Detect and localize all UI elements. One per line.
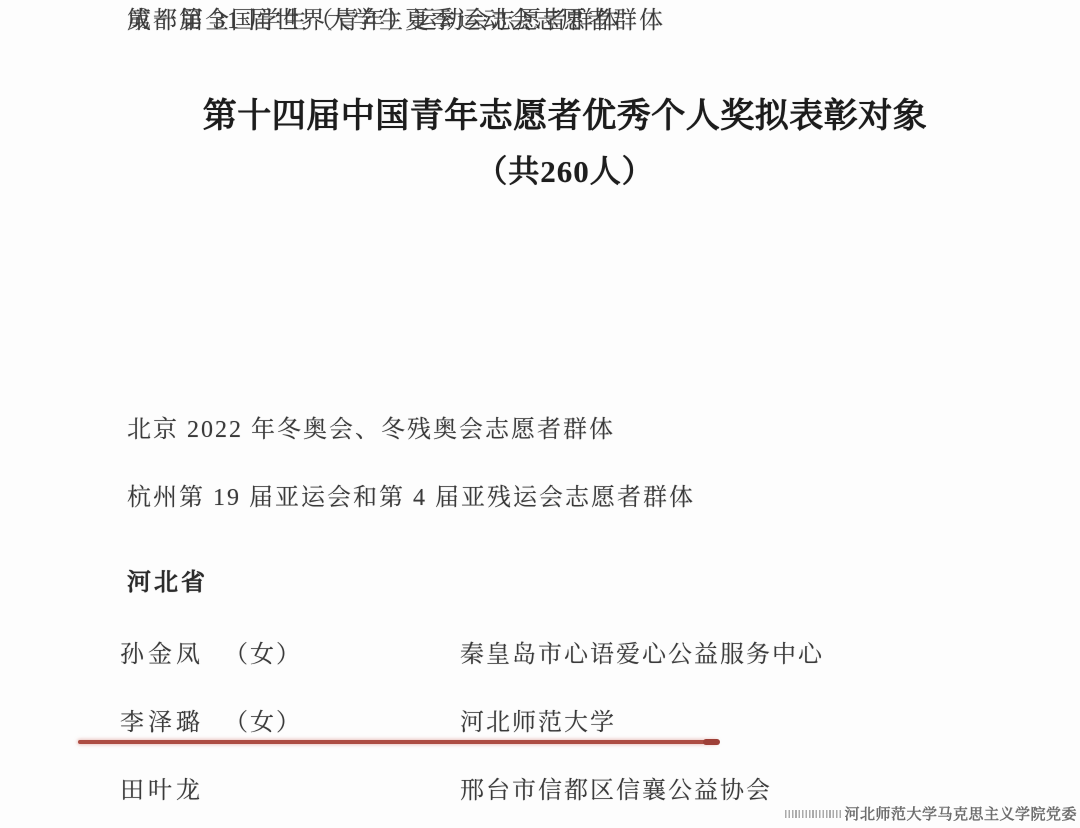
province-heading: 河北省 [127,562,208,597]
volunteer-group-item: 北京 2022 年冬奥会、冬残奥会志愿者群体 [127,409,615,444]
awardee-row: 田叶龙 邢台市信都区信襄公益协会 [0,770,1080,802]
awardee-organization: 河北师范大学 [460,702,616,737]
awardee-gender: （女） [224,634,302,669]
awardee-row: 孙金凤 （女） 秦皇岛市心语爱心公益服务中心 [0,634,1080,666]
awardee-gender: （女） [224,702,302,737]
awardee-organization: 秦皇岛市心语爱心公益服务中心 [460,634,824,669]
volunteer-group-item: 第一届全国学生（青年）运动会志愿者群体 [127,0,621,35]
document-title: 第十四届中国青年志愿者优秀个人奖拟表彰对象 [50,88,1080,137]
watermark: 河北师范大学马克思主义学院党委 [785,803,1077,824]
red-highlight-underline [78,740,717,744]
awardee-name: 孙金凤 [120,634,204,669]
volunteer-group-item: 杭州第 19 届亚运会和第 4 届亚残运会志愿者群体 [127,477,695,512]
document-subtitle: （共260人） [50,146,1080,191]
document-page: 第十四届中国青年志愿者优秀个人奖拟表彰对象 （共260人） 北京 2022 年冬… [0,0,1080,828]
awardee-name: 田叶龙 [120,770,204,805]
awardee-organization: 邢台市信都区信襄公益协会 [460,770,772,805]
awardee-row: 李泽璐 （女） 河北师范大学 [0,702,1080,734]
watermark-text: 河北师范大学马克思主义学院党委 [844,803,1077,824]
awardee-name: 李泽璐 [120,702,204,737]
micro-watermark-prefix [785,810,841,818]
